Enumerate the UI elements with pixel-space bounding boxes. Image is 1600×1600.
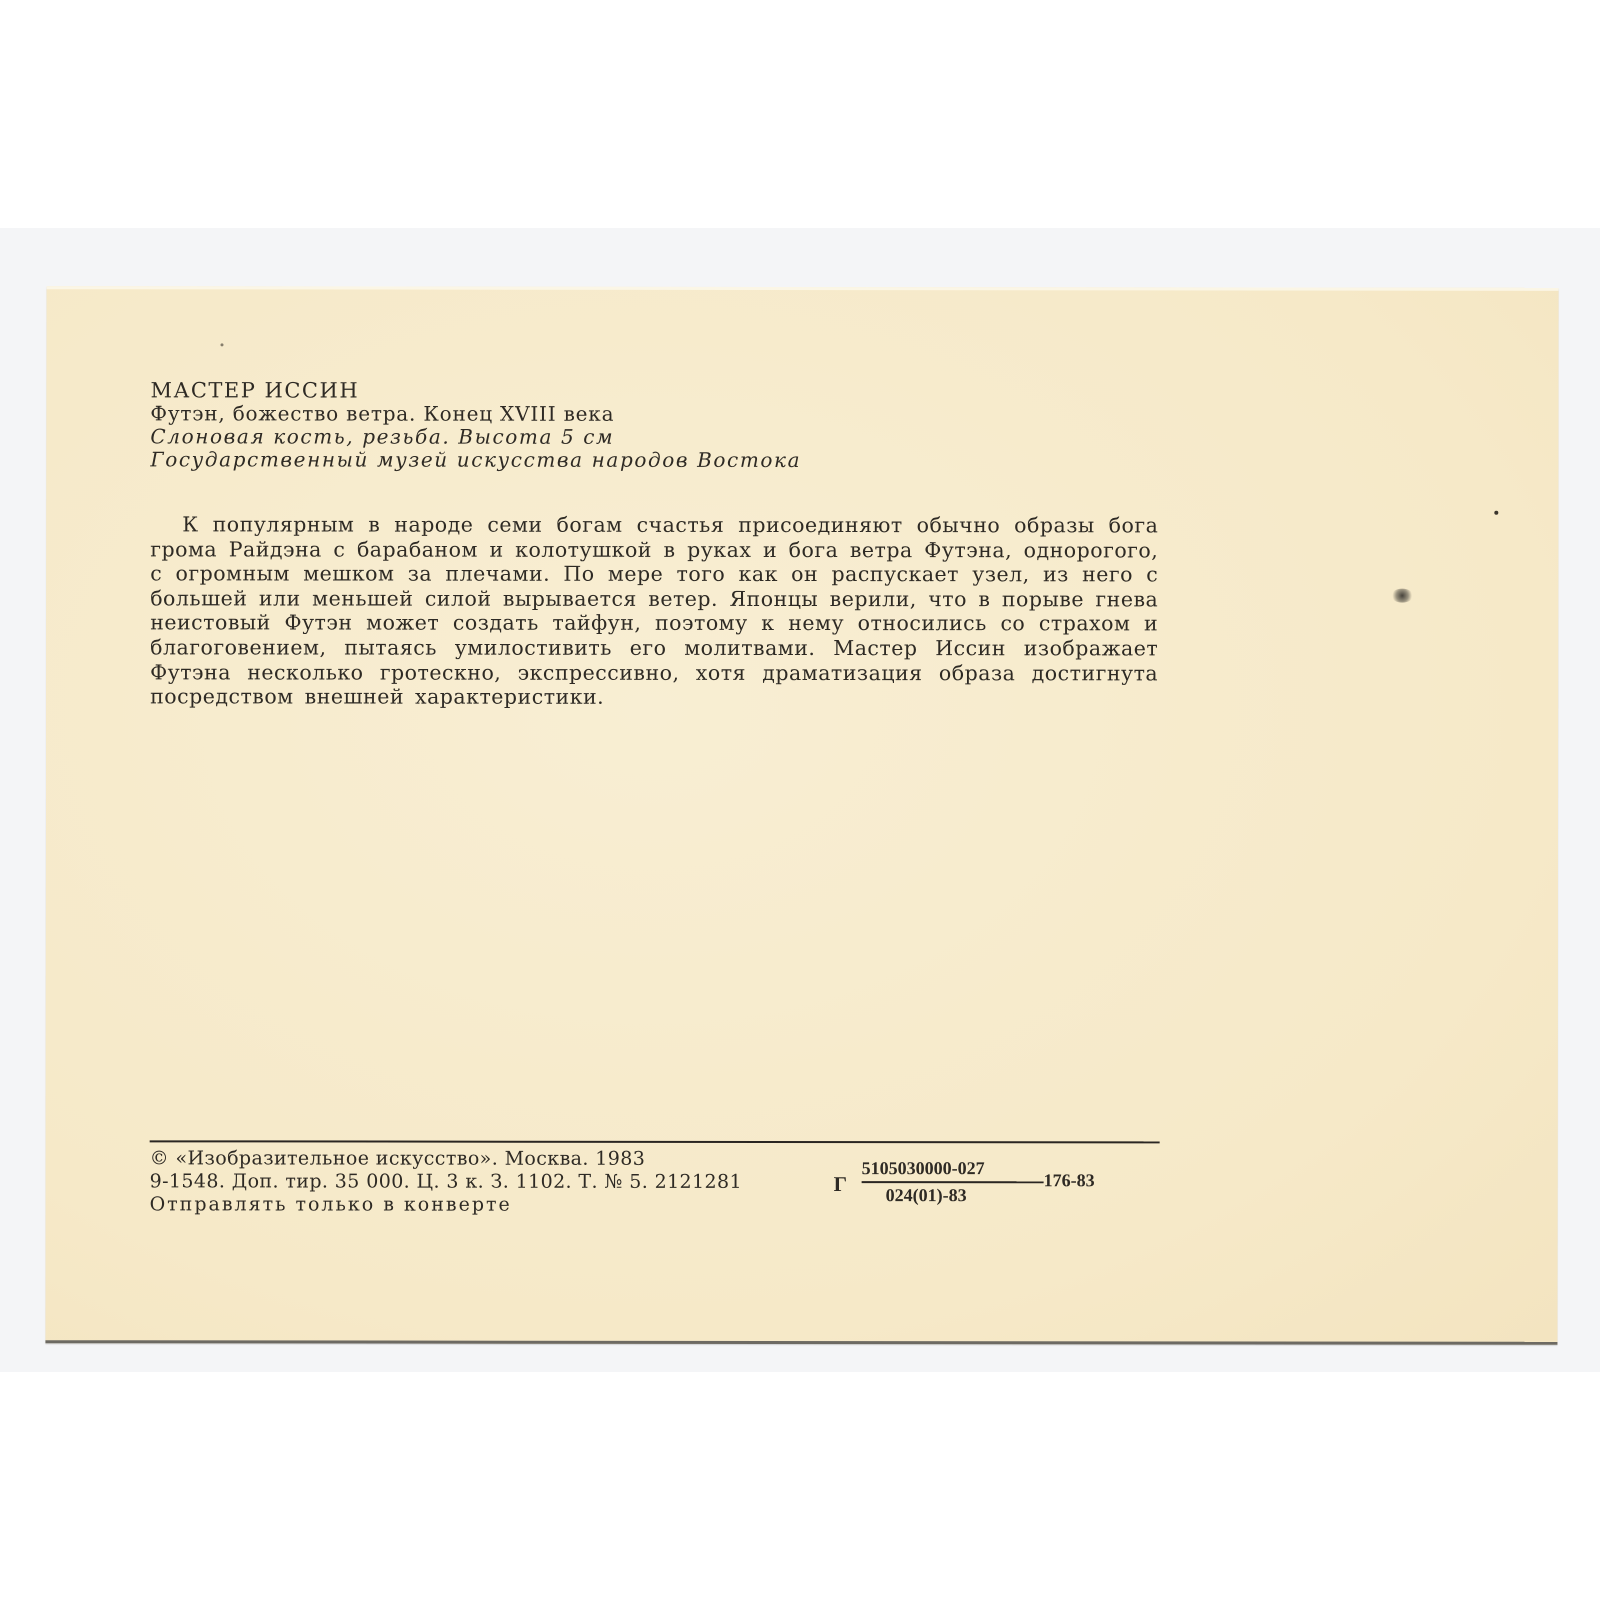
postcard-back: МАСТЕР ИССИН Футэн, божество ветра. Коне… <box>45 286 1558 1345</box>
catalog-code-denominator: 024(01)-83 <box>886 1185 967 1206</box>
catalog-code-fraction-bar <box>862 1181 1044 1183</box>
artist-name: МАСТЕР ИССИН <box>150 379 801 403</box>
ink-stain <box>1391 589 1413 603</box>
publisher-imprint: © «Изобразительное искусство». Москва. 1… <box>150 1147 742 1217</box>
footer-divider <box>150 1140 1160 1143</box>
artwork-material: Слоновая кость, резьба. Высота 5 см <box>150 425 801 449</box>
catalog-code-numerator: 5105030000-027 <box>862 1158 985 1179</box>
artwork-caption: МАСТЕР ИССИН Футэн, божество ветра. Коне… <box>150 379 801 472</box>
mailing-note: Отправлять только в конверте <box>150 1193 742 1217</box>
artwork-collection: Государственный музей искусства народов … <box>150 448 801 472</box>
paper-speck <box>1494 511 1498 515</box>
paper-speck <box>220 343 223 346</box>
artwork-title: Футэн, божество ветра. Конец XVIII века <box>150 402 801 426</box>
copyright-line: © «Изобразительное искусство». Москва. 1… <box>150 1147 742 1171</box>
catalog-code-prefix: Г <box>834 1172 847 1197</box>
description-paragraph: К популярным в народе семи богам счастья… <box>150 512 1158 710</box>
description-text: К популярным в народе семи богам счастья… <box>150 512 1158 710</box>
print-info-line: 9-1548. Доп. тир. 35 000. Ц. 3 к. З. 110… <box>150 1170 742 1194</box>
catalog-code-suffix: 176-83 <box>1044 1170 1095 1191</box>
